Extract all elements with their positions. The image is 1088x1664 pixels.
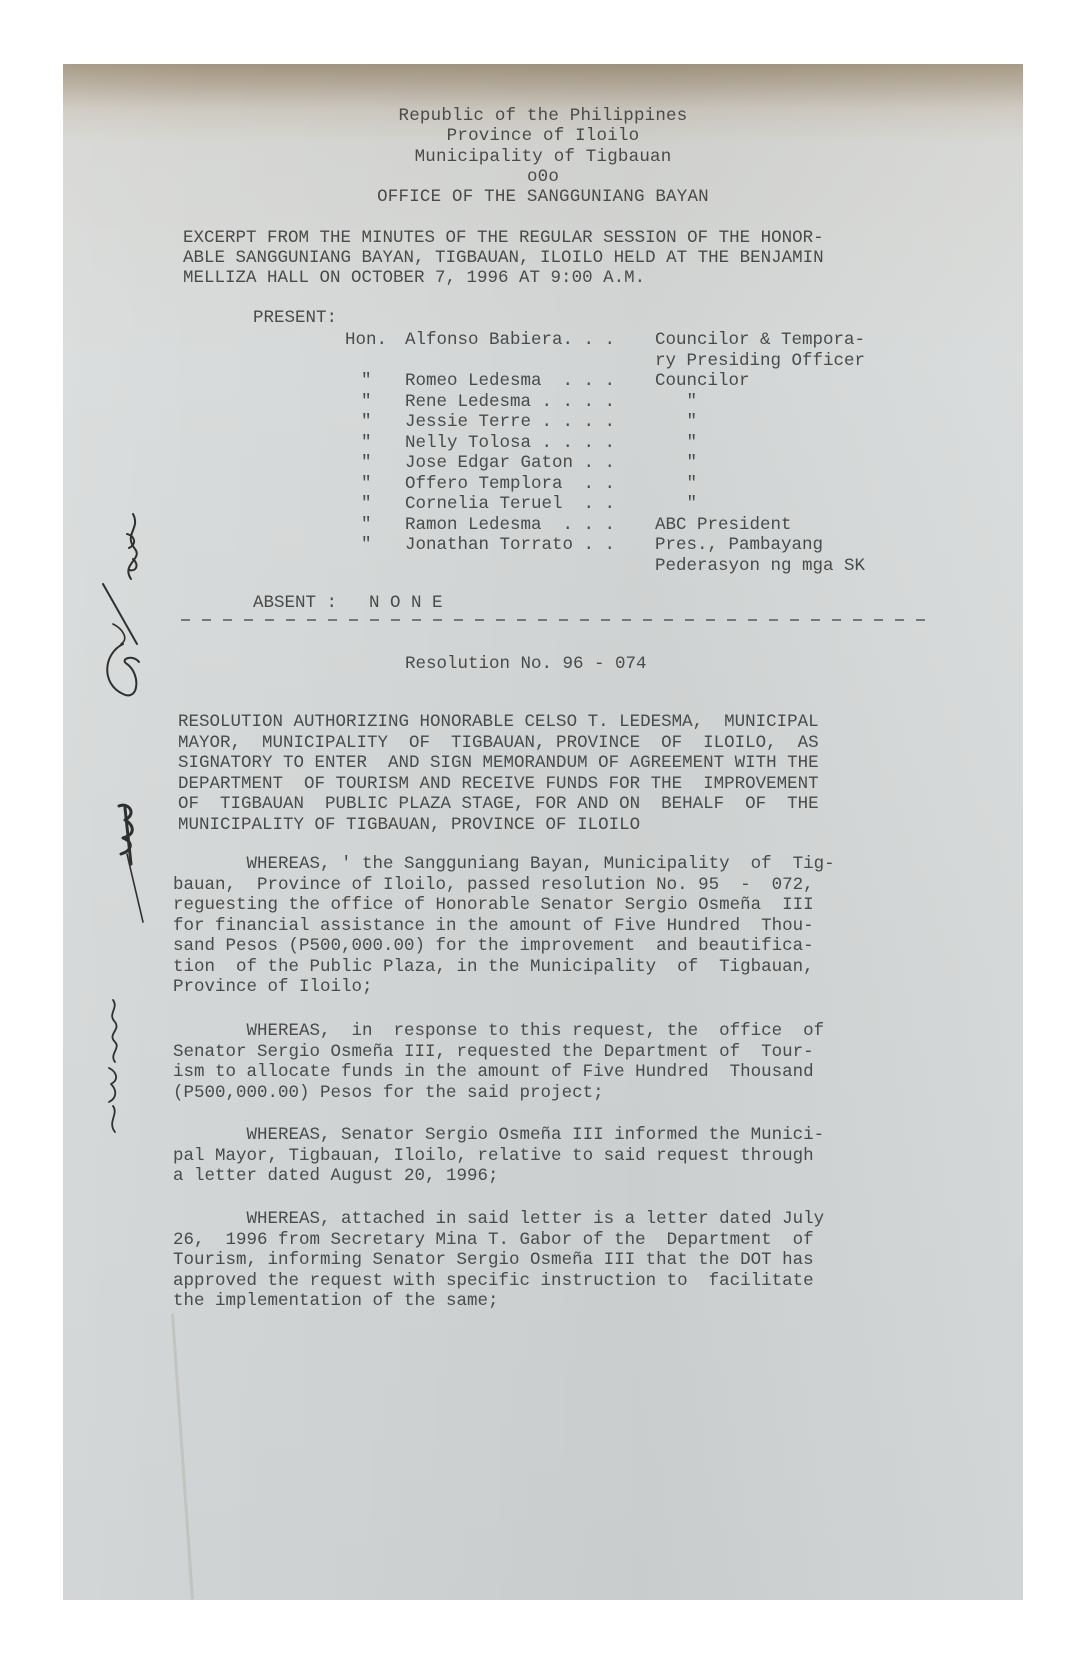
paragraph-line: WHEREAS, ' the Sangguniang Bayan, Munici… bbox=[173, 854, 835, 874]
paragraph-line: pal Mayor, Tigbauan, Iloilo, relative to… bbox=[173, 1146, 814, 1166]
signature-icon bbox=[93, 994, 133, 1144]
member-prefix: " bbox=[361, 453, 372, 473]
member-position: " bbox=[655, 412, 697, 432]
paper-crease bbox=[171, 1314, 194, 1600]
title-line: MUNICIPALITY OF TIGBAUAN, PROVINCE OF IL… bbox=[178, 815, 640, 835]
member-name: Alfonso Babiera. . . bbox=[405, 330, 615, 350]
excerpt-line: MELLIZA HALL ON OCTOBER 7, 1996 AT 9:00 … bbox=[183, 268, 645, 288]
member-position: ry Presiding Officer bbox=[655, 351, 865, 371]
member-prefix: Hon. bbox=[345, 330, 387, 350]
header-municipality: Municipality of Tigbauan bbox=[63, 147, 1023, 167]
header-ornament: o0o bbox=[63, 167, 1023, 187]
member-prefix: " bbox=[361, 535, 372, 555]
paragraph-line: (P500,000.00) Pesos for the said project… bbox=[173, 1083, 604, 1103]
excerpt-line: EXCERPT FROM THE MINUTES OF THE REGULAR … bbox=[183, 228, 824, 248]
resolution-number: Resolution No. 96 - 074 bbox=[405, 654, 647, 674]
member-position: " bbox=[655, 433, 697, 453]
member-name: Rene Ledesma . . . . bbox=[405, 392, 615, 412]
paragraph-line: 26, 1996 from Secretary Mina T. Gabor of… bbox=[173, 1230, 814, 1250]
member-prefix: " bbox=[361, 412, 372, 432]
paragraph-line: Senator Sergio Osmeña III, requested the… bbox=[173, 1042, 814, 1062]
absent-label: ABSENT : bbox=[253, 593, 337, 613]
signature-icon bbox=[103, 794, 153, 924]
member-position: " bbox=[655, 392, 697, 412]
member-position: ABC President bbox=[655, 515, 792, 535]
header-province: Province of Iloilo bbox=[63, 126, 1023, 146]
member-name: Jonathan Torrato . . bbox=[405, 535, 615, 555]
paragraph-line: WHEREAS, attached in said letter is a le… bbox=[173, 1209, 824, 1229]
paragraph-line: reguesting the office of Honorable Senat… bbox=[173, 895, 814, 915]
member-prefix: " bbox=[361, 433, 372, 453]
paragraph-line: WHEREAS, Senator Sergio Osmeña III infor… bbox=[173, 1125, 824, 1145]
member-name: Jose Edgar Gaton . . bbox=[405, 453, 615, 473]
title-line: MAYOR, MUNICIPALITY OF TIGBAUAN, PROVINC… bbox=[178, 733, 819, 753]
paragraph-line: approved the request with specific instr… bbox=[173, 1271, 814, 1291]
member-name: Jessie Terre . . . . bbox=[405, 412, 615, 432]
paragraph-line: Province of Iloilo; bbox=[173, 977, 373, 997]
paragraph-line: tion of the Public Plaza, in the Municip… bbox=[173, 957, 814, 977]
header-office: OFFICE OF THE SANGGUNIANG BAYAN bbox=[63, 187, 1023, 207]
member-position: " bbox=[655, 474, 697, 494]
member-prefix: " bbox=[361, 515, 372, 535]
member-position: Councilor & Tempora- bbox=[655, 330, 865, 350]
member-prefix: " bbox=[361, 474, 372, 494]
member-prefix: " bbox=[361, 392, 372, 412]
document-page: Republic of the Philippines Province of … bbox=[63, 64, 1023, 1600]
paragraph-line: bauan, Province of Iloilo, passed resolu… bbox=[173, 875, 814, 895]
member-name: Offero Templora . . bbox=[405, 474, 615, 494]
absent-value: N O N E bbox=[369, 593, 443, 613]
member-name: Romeo Ledesma . . . bbox=[405, 371, 615, 391]
member-name: Nelly Tolosa . . . . bbox=[405, 433, 615, 453]
title-line: SIGNATORY TO ENTER AND SIGN MEMORANDUM O… bbox=[178, 753, 819, 773]
title-line: RESOLUTION AUTHORIZING HONORABLE CELSO T… bbox=[178, 712, 819, 732]
member-name: Ramon Ledesma . . . bbox=[405, 515, 615, 535]
paragraph-line: the implementation of the same; bbox=[173, 1291, 499, 1311]
member-position: " bbox=[655, 494, 697, 514]
header-republic: Republic of the Philippines bbox=[63, 106, 1023, 126]
paragraph-line: for financial assistance in the amount o… bbox=[173, 916, 814, 936]
paragraph-line: Tourism, informing Senator Sergio Osmeña… bbox=[173, 1250, 814, 1270]
present-label: PRESENT: bbox=[253, 308, 337, 328]
separator-dashes bbox=[181, 619, 931, 621]
paragraph-line: a letter dated August 20, 1996; bbox=[173, 1166, 499, 1186]
member-position: Pederasyon ng mga SK bbox=[655, 556, 865, 576]
member-prefix: " bbox=[361, 494, 372, 514]
title-line: OF TIGBAUAN PUBLIC PLAZA STAGE, FOR AND … bbox=[178, 794, 819, 814]
excerpt-line: ABLE SANGGUNIANG BAYAN, TIGBAUAN, ILOILO… bbox=[183, 248, 824, 268]
member-position: Pres., Pambayang bbox=[655, 535, 823, 555]
member-name: Cornelia Teruel . . bbox=[405, 494, 615, 514]
member-position: Councilor bbox=[655, 371, 750, 391]
member-prefix: " bbox=[361, 371, 372, 391]
paragraph-line: ism to allocate funds in the amount of F… bbox=[173, 1062, 814, 1082]
paragraph-line: WHEREAS, in response to this request, th… bbox=[173, 1021, 824, 1041]
signature-icon bbox=[83, 504, 153, 714]
title-line: DEPARTMENT OF TOURISM AND RECEIVE FUNDS … bbox=[178, 774, 819, 794]
member-position: " bbox=[655, 453, 697, 473]
paragraph-line: sand Pesos (P500,000.00) for the improve… bbox=[173, 936, 814, 956]
